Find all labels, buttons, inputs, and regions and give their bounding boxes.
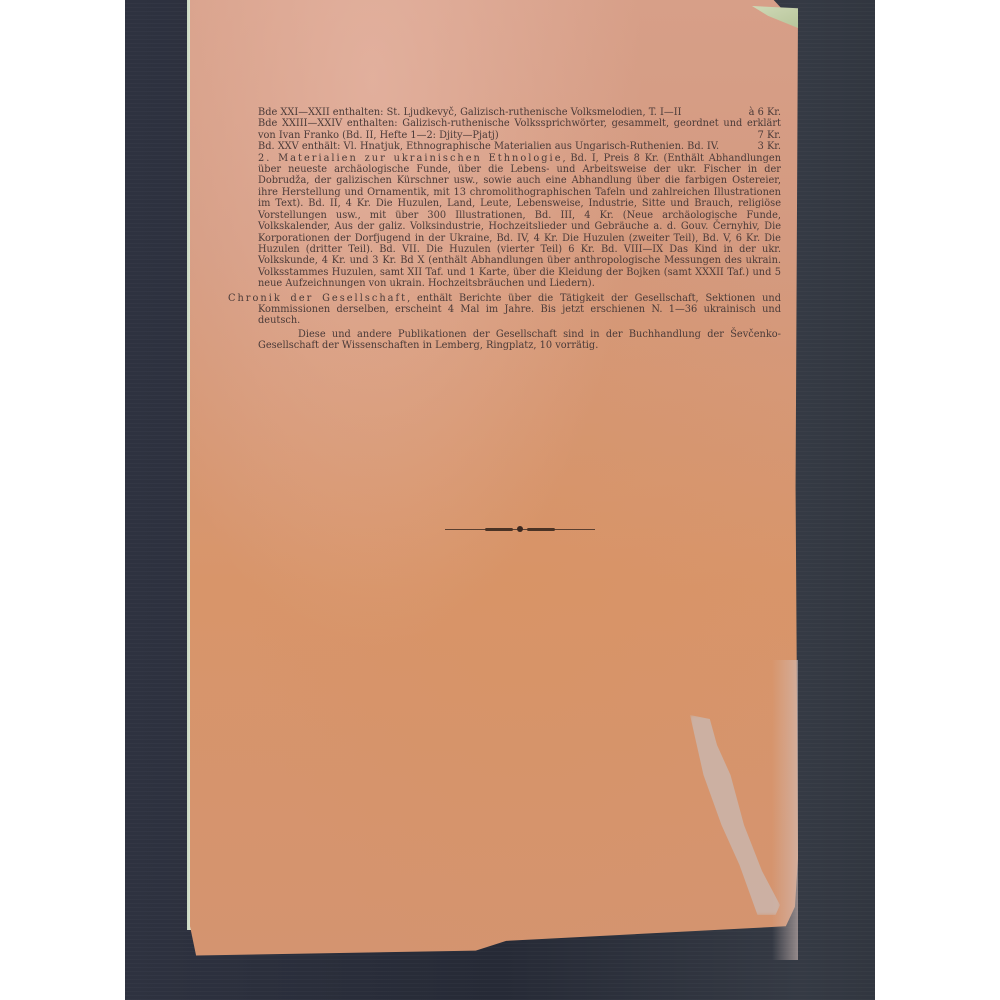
materialien-heading: 2. Materialien zur ukrainischen Ethnolog…	[258, 153, 563, 164]
availability-note: Diese und andere Publikationen der Gesel…	[258, 329, 781, 352]
ornament-divider	[445, 526, 595, 534]
materialien-section: 2. Materialien zur ukrainischen Ethnolog…	[258, 153, 781, 290]
entry-hnatjuk: Bd. XXV enthält: Vl. Hnatjuk, Ethnograph…	[258, 141, 781, 152]
faded-edge	[772, 660, 798, 960]
catalogue-text: Bde XXI—XXII enthalten: St. Ljudkevyč, G…	[258, 107, 781, 352]
materialien-text: , Bd. I, Preis 8 Kr. (Enthält Abhandlung…	[258, 153, 781, 289]
chronik-heading: Chronik der Gesellschaft	[228, 293, 407, 304]
ornament-stroke-right	[527, 528, 555, 531]
photo-border-left	[0, 0, 125, 1000]
ornament-dot-icon	[517, 526, 523, 532]
chronik-section: Chronik der Gesellschaft, enthält Berich…	[228, 293, 781, 327]
ornament-stroke-left	[485, 528, 513, 531]
entry-ljudkevyc: Bde XXI—XXII enthalten: St. Ljudkevyč, G…	[258, 107, 781, 118]
photo-border-right	[875, 0, 1000, 1000]
entry-franko: Bde XXIII—XXIV enthalten: Galizisch-ruth…	[258, 118, 781, 141]
